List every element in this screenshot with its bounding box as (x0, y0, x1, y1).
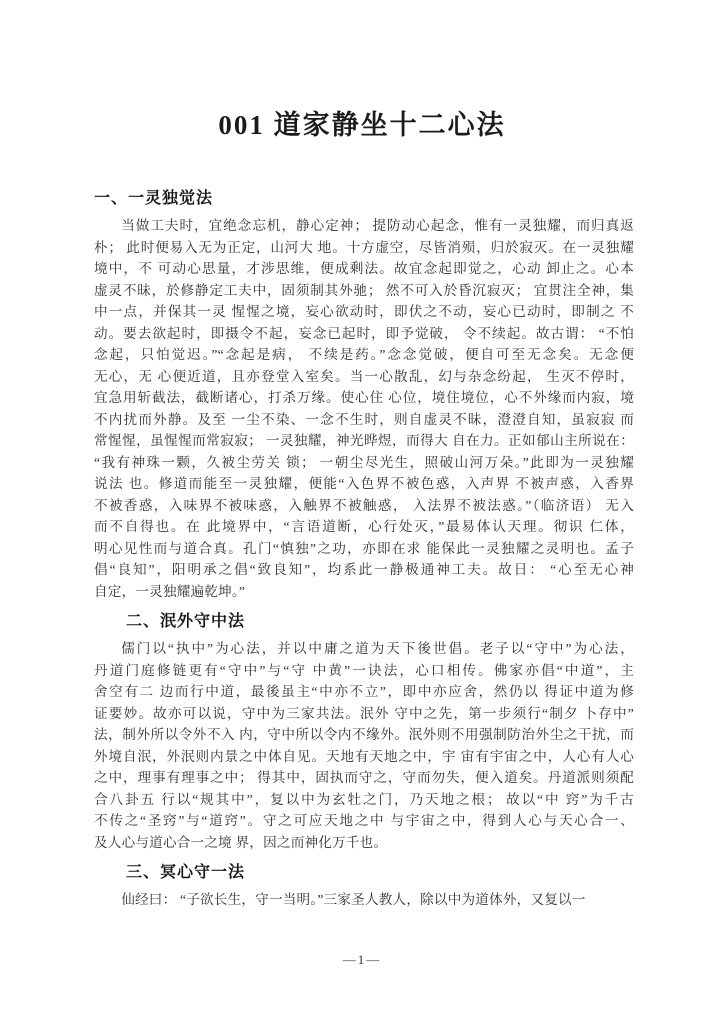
paragraph: 儒门以“执中”为心法，并以中庸之道为天下後世倡。老子以“守中”为心法，丹道门庭修… (94, 638, 634, 853)
body-line: 当做工夫时，宜绝念忘机，静心定神； 提防动心起念，惟有一灵独耀，而归真返 (94, 215, 634, 237)
body-line: 常惺惺，虽惺惺而常寂寂； 一灵独耀，神光晔煜，而得大 自在力。正如郁山主所说在： (94, 430, 634, 452)
body-line: 中一点，并保其一灵 惺惺之境，妄心欲动时，即伏之不动，妄心已动时，即制之 不 (94, 301, 634, 323)
section-3: 三、冥心守一法仙经曰： “子欲长生，守一当明。”三家圣人教人，除以中为道体外，又… (94, 862, 634, 911)
body-line: 倡“良知”，阳明承之倡“致良知”，均系此一静极通神工夫。故日： “心至无心神 (94, 559, 634, 581)
body-line: 丹道门庭修链更有“守中”与“守 中黄”一诀法，心口相传。佛家亦倡“中道”，主 (94, 660, 634, 682)
body-line: 不被香惑，入味界不被味惑，入触界不被触惑， 入法界不被法惑。”（临济语） 无入 (94, 495, 634, 517)
body-line: 合八卦五 行以“规其中”，复以中为玄牡之门，乃天地之根； 故以“中 窍”为千古 (94, 789, 634, 811)
body-line: 证要妙。故亦可以说，守中为三家共法。泯外 守中之先，第一步须行“制夕 卜存中” (94, 703, 634, 725)
body-line: 及人心与道心合一之境 界，因之而神化万千也。 (94, 832, 634, 854)
body-line: 念起，只怕觉迟。”“念起是病， 不续是药。”念念觉破，便自可至无念矣。无念便 (94, 344, 634, 366)
section-heading: 三、冥心守一法 (94, 862, 634, 884)
document-body: 一、一灵独觉法当做工夫时，宜绝念忘机，静心定神； 提防动心起念，惟有一灵独耀，而… (94, 188, 634, 911)
body-line: 朴； 此时便易入无为正定，山河大 地。十方虚空，尽皆消殒，归於寂灭。在一灵独耀 (94, 237, 634, 259)
body-line: 外境自泯，外泯则内景之中体自见。天地有天地之中，宇 宙有宇宙之中，人心有人心 (94, 746, 634, 768)
body-line: 境中，不 可动心思量，才涉思维，便成剩法。故宜念起即觉之，心动 卸止之。心本 (94, 258, 634, 280)
document-page: 001 道家静坐十二心法 一、一灵独觉法当做工夫时，宜绝念忘机，静心定神； 提防… (0, 0, 724, 1024)
body-line: 虚灵不昧，於修静定工夫中，固须制其外驰； 然不可入於昏沉寂灭； 宜贯注全神，集 (94, 280, 634, 302)
body-line: 动。要去欲起时，即摄令不起，妄念已起时，即予觉破， 令不续起。故古谓： “不怕 (94, 323, 634, 345)
body-line: 不传之“圣窍”与“道窍”。守之可应天地之中 与宇宙之中，得到人心与天心合一、 (94, 810, 634, 832)
section-heading: 二、泯外守中法 (94, 611, 634, 633)
body-line: 自定，一灵独耀遍乾坤。” (94, 581, 634, 603)
page-title: 001 道家静坐十二心法 (0, 0, 724, 144)
paragraph: 当做工夫时，宜绝念忘机，静心定神； 提防动心起念，惟有一灵独耀，而归真返朴； 此… (94, 215, 634, 602)
section-1: 一、一灵独觉法当做工夫时，宜绝念忘机，静心定神； 提防动心起念，惟有一灵独耀，而… (94, 188, 634, 602)
body-line: 不内扰而外静。及至 一尘不染、一念不生时，则自虚灵不昧，澄澄自知，虽寂寂 而 (94, 409, 634, 431)
body-line: 法，制外所以令外不入 内，守中所以令内不缘外。泯外则不用强制防治外尘之干扰，而 (94, 724, 634, 746)
body-line: 之中，理事有理事之中； 得其中，固执而守之，守而勿失，便入道矣。丹道派则须配 (94, 767, 634, 789)
body-line: 明心见性而与道合真。孔门“慎独”之功，亦即在求 能保此一灵独耀之灵明也。孟子 (94, 538, 634, 560)
body-line: 而不自得也。在 此境界中，“言语道断，心行处灭，”最易体认天理。彻识 仁体， (94, 516, 634, 538)
page-number: —1— (0, 952, 724, 968)
body-line: 儒门以“执中”为心法，并以中庸之道为天下後世倡。老子以“守中”为心法， (94, 638, 634, 660)
body-line: 说法 也。修道而能至一灵独耀，便能“入色界不被色惑，入声界 不被声惑，入香界 (94, 473, 634, 495)
body-line: 舍空有二 边而行中道，最後虽主“中亦不立”，即中亦应舍，然仍以 得证中道为修 (94, 681, 634, 703)
body-line: 无心，无 心便近道，且亦登堂入室矣。当一心散乱，幻与杂念纷起， 生灭不停时， (94, 366, 634, 388)
section-heading: 一、一灵独觉法 (94, 188, 634, 210)
body-line: “我有神珠一颗，久被尘劳关 锁； 一朝尘尽光生，照破山河万朵。”此即为一灵独耀 (94, 452, 634, 474)
section-2: 二、泯外守中法儒门以“执中”为心法，并以中庸之道为天下後世倡。老子以“守中”为心… (94, 611, 634, 853)
body-line: 宜急用斩截法，截断诸心，打杀万缘。使心住 心位，境住境位，心不外缘而内寂，境 (94, 387, 634, 409)
paragraph: 仙经曰： “子欲长生，守一当明。”三家圣人教人，除以中为道体外，又复以一 (94, 889, 634, 911)
body-line: 仙经曰： “子欲长生，守一当明。”三家圣人教人，除以中为道体外，又复以一 (94, 889, 634, 911)
